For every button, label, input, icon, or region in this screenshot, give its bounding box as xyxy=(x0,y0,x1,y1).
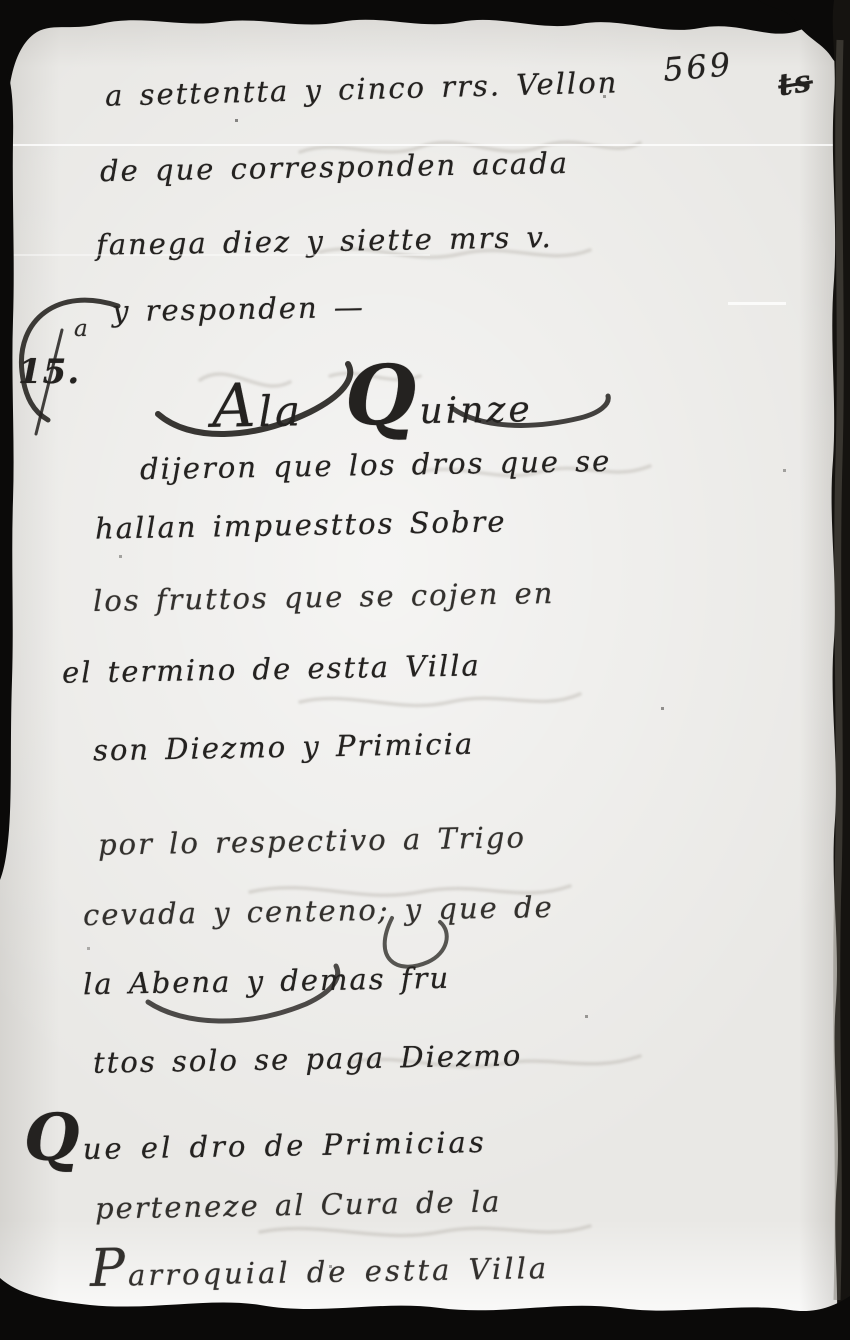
folio-number: 569 xyxy=(661,45,734,89)
manuscript-line: Que el dro de Primicias xyxy=(24,1118,487,1167)
manuscript-line: son Diezmo y Primicia xyxy=(93,727,475,768)
question-heading: AlaQuinze xyxy=(211,345,533,447)
corner-mark: ts xyxy=(775,63,815,103)
manuscript-line: la Abena y demas fru xyxy=(83,961,451,1001)
margin-question-number: 15. xyxy=(18,352,80,392)
heading-number-word: Quinze xyxy=(344,345,533,444)
margin-superscript: a xyxy=(74,316,90,342)
heading-intro: Ala xyxy=(212,370,304,442)
manuscript-line: y responden — xyxy=(112,290,365,328)
dust-specks xyxy=(0,0,1,1)
manuscript-scan: a settentta y cinco rrs. Vellon 569 ts d… xyxy=(0,0,850,1340)
manuscript-line: hallan impuesttos Sobre xyxy=(95,504,507,545)
manuscript-line: perteneze al Cura de la xyxy=(95,1184,502,1225)
